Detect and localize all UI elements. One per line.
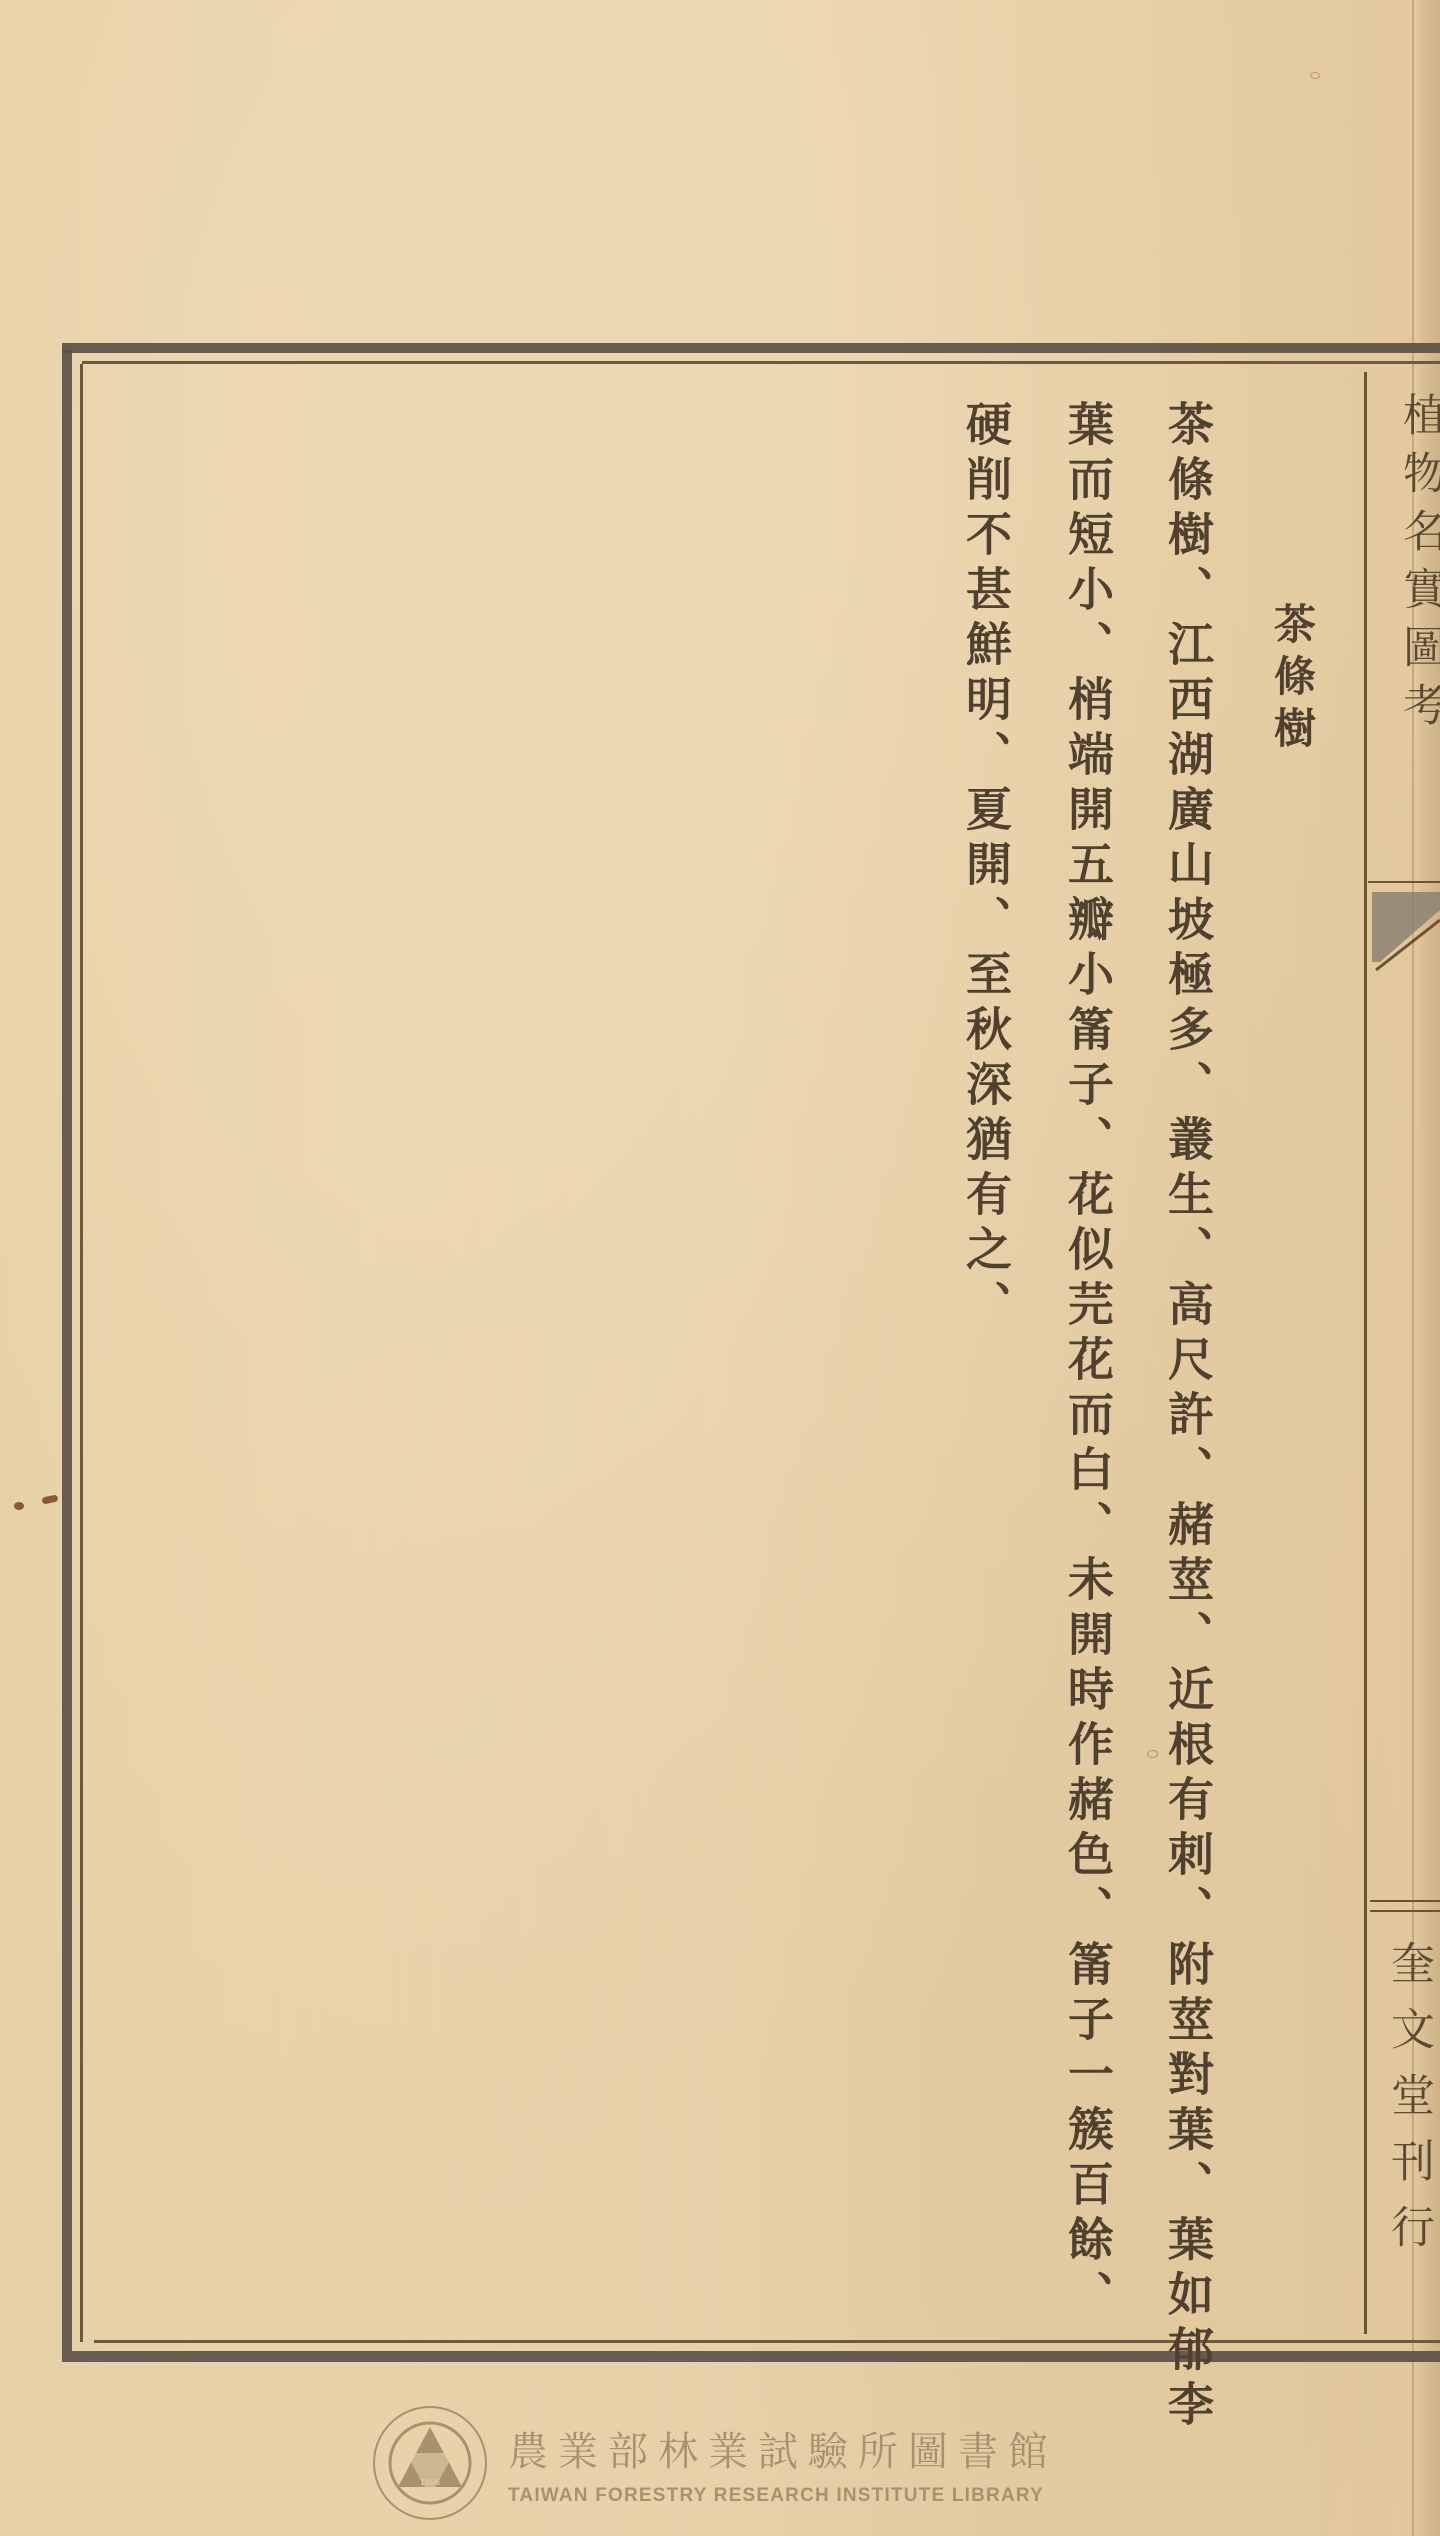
frame-border-bottom — [72, 2351, 1440, 2362]
library-watermark: 1896 農業部林業試驗所圖書館 TAIWAN FORESTRY RESEARC… — [370, 2398, 1058, 2528]
library-name-en: TAIWAN FORESTRY RESEARCH INSTITUTE LIBRA… — [508, 2485, 1058, 2507]
svg-text:1896: 1896 — [420, 2478, 440, 2487]
frame-inner-line-top — [82, 361, 1440, 364]
frame-border-left — [62, 350, 72, 2362]
ink-stain — [41, 1494, 58, 1504]
text-column-3: 硬削不甚鮮明、夏開、至秋深猶有之、 — [956, 400, 1016, 1335]
text-column-1: 茶條樹、江西湖廣山坡極多、叢生、高尺許、赭莖、近根有刺、附莖對葉、葉如郁李 — [1158, 400, 1218, 2435]
text-column-2: 葉而短小、梢端開五瓣小筩子、花似芫花而白、未開時作赭色、筩子一簇百餘、 — [1058, 400, 1118, 2325]
frame-border-top — [62, 343, 1440, 353]
frame-inner-line-left — [80, 364, 83, 2342]
frame-inner-line-bottom — [94, 2340, 1440, 2343]
library-name-zh: 農業部林業試驗所圖書館 — [508, 2420, 1058, 2477]
publisher-imprint: 奎文堂刊行 — [1376, 1940, 1440, 2270]
entry-title: 茶條樹 — [1262, 602, 1322, 758]
margin-column-rule — [1364, 372, 1367, 2334]
paper-speck — [1147, 1750, 1158, 1758]
institute-seal-icon: 1896 — [370, 2403, 490, 2523]
publisher-rule-top — [1370, 1900, 1440, 1902]
fishtail-ornament-icon — [1368, 880, 1440, 974]
book-title: 植物名實圖考 — [1388, 392, 1440, 740]
publisher-rule-bottom — [1370, 1910, 1440, 1912]
ink-stain — [14, 1502, 24, 1510]
paper-speck — [1310, 72, 1320, 79]
